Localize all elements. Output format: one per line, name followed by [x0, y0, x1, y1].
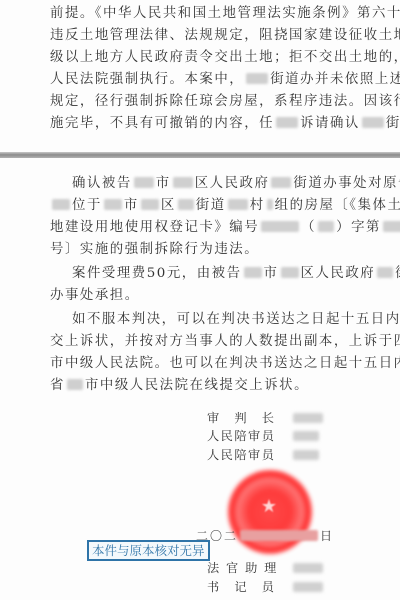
- redacted-text: [52, 199, 70, 210]
- national-emblem-icon: ★: [258, 496, 280, 518]
- text-line: 施完毕，不具有可撤销的内容，任诉请确认街道办强制: [50, 116, 350, 132]
- judge-assistant-role: 法 官 助 理: [207, 561, 278, 575]
- text: 确认被告: [72, 176, 132, 191]
- text: ）字第: [336, 220, 381, 235]
- certified-copy-stamp: 本件与原本核对无异: [87, 540, 210, 561]
- redacted-text: [261, 221, 299, 232]
- text-line: 违反土地管理法律、法规规定，阻挠国家建设征收土地的，由县: [50, 28, 350, 44]
- text: 市: [124, 198, 139, 213]
- fee-line: 案件受理费50元，由被告市区人民政府街道: [72, 266, 362, 282]
- redacted-text: [178, 199, 194, 210]
- text: 街道办强制: [386, 116, 400, 131]
- redacted-text: [281, 267, 299, 278]
- signature-role-juror: 人民陪审员: [207, 448, 275, 462]
- text: （: [301, 220, 316, 235]
- redacted-text: [240, 530, 318, 541]
- redacted-text: [383, 221, 400, 232]
- redacted-text: [267, 199, 273, 210]
- text: 市: [264, 266, 279, 281]
- appeal-line: 市中级人民法院。也可以在判决书送达之日起十五日内，向四川: [50, 356, 350, 372]
- text: 人民法院强制执行。本案中，: [50, 72, 244, 87]
- redacted-text: [173, 177, 193, 188]
- judgment-line: 位于市区街道村组的房屋〔《集体土: [50, 198, 350, 214]
- signature-role-juror: 人民陪审员: [207, 429, 275, 443]
- redacted-text: [244, 267, 262, 278]
- judgment-date: 二〇二日: [196, 527, 334, 544]
- appeal-line: 如不服本判决，可以在判决书送达之日起十五日内向本院递: [72, 312, 362, 328]
- redacted-text: [104, 199, 122, 210]
- text: 区人民政府: [301, 266, 376, 281]
- text: 市中级人民法院在线提交上诉状。: [85, 378, 309, 393]
- text-line: 前提。《中华人民共和国土地管理法实施条例》第六十二条规定，: [50, 6, 350, 22]
- appeal-line: 交上诉状，并按对方当事人的人数提出副本，上诉于四川省: [50, 334, 350, 350]
- signature-name-redacted: [293, 563, 323, 573]
- text: 日: [320, 529, 334, 543]
- redacted-text: [228, 199, 248, 210]
- text: 市: [156, 176, 171, 191]
- text-line: 规定，径行强制拆除任琼会房屋，系程序违法。因该行为已经实: [50, 94, 350, 110]
- signature-name-redacted: [293, 582, 323, 592]
- appeal-line: 省市中级人民法院在线提交上诉状。: [50, 378, 350, 394]
- signature-role-chief-judge: 审 判 长: [207, 411, 275, 425]
- text: 地建设用地使用权登记卡》编号: [50, 220, 259, 235]
- text: 街道: [395, 266, 400, 281]
- signature-name-redacted: [293, 450, 319, 460]
- text: 区人民政府: [195, 176, 270, 191]
- redacted-text: [246, 73, 268, 84]
- text: 街道办并未依照上述相关程序: [270, 72, 400, 87]
- text: 街道办事处对原告任: [293, 176, 400, 191]
- text: 诉请确认: [300, 116, 360, 131]
- redacted-text: [134, 177, 154, 188]
- text: 位于: [72, 198, 102, 213]
- clerk-role: 书 记 员: [207, 580, 275, 594]
- text: 区: [161, 198, 176, 213]
- redacted-text: [141, 199, 159, 210]
- text: 村: [250, 198, 265, 213]
- text: 组的房屋〔《集体土: [275, 198, 400, 213]
- signature-name-redacted: [293, 413, 323, 423]
- judgment-line: 确认被告市区人民政府街道办事处对原告任: [72, 176, 362, 192]
- redacted-text: [67, 379, 83, 390]
- text: 交上诉状，并按对方当事人的人数提出副本，上诉于四川省: [50, 334, 400, 349]
- text: 省: [50, 378, 65, 393]
- text: 案件受理费50元，由被告: [72, 266, 242, 281]
- judgment-line: 号〕实施的强制拆除行为违法。: [50, 242, 350, 258]
- fee-line: 办事处承担。: [50, 288, 350, 304]
- redacted-text: [362, 117, 384, 128]
- text: 街道: [196, 198, 226, 213]
- redacted-text: [377, 267, 393, 278]
- judgment-line: 地建设用地使用权登记卡》编号（）字第: [50, 220, 350, 236]
- signature-name-redacted: [293, 431, 319, 441]
- redacted-text: [318, 221, 334, 232]
- redacted-text: [271, 177, 291, 188]
- text: 施完毕，不具有可撤销的内容，任: [50, 116, 274, 131]
- text-line: 级以上地方人民政府责令交出土地；拒不交出土地的，依法申请: [50, 50, 350, 66]
- redacted-text: [276, 117, 298, 128]
- text-line: 人民法院强制执行。本案中，街道办并未依照上述相关程序: [50, 72, 350, 88]
